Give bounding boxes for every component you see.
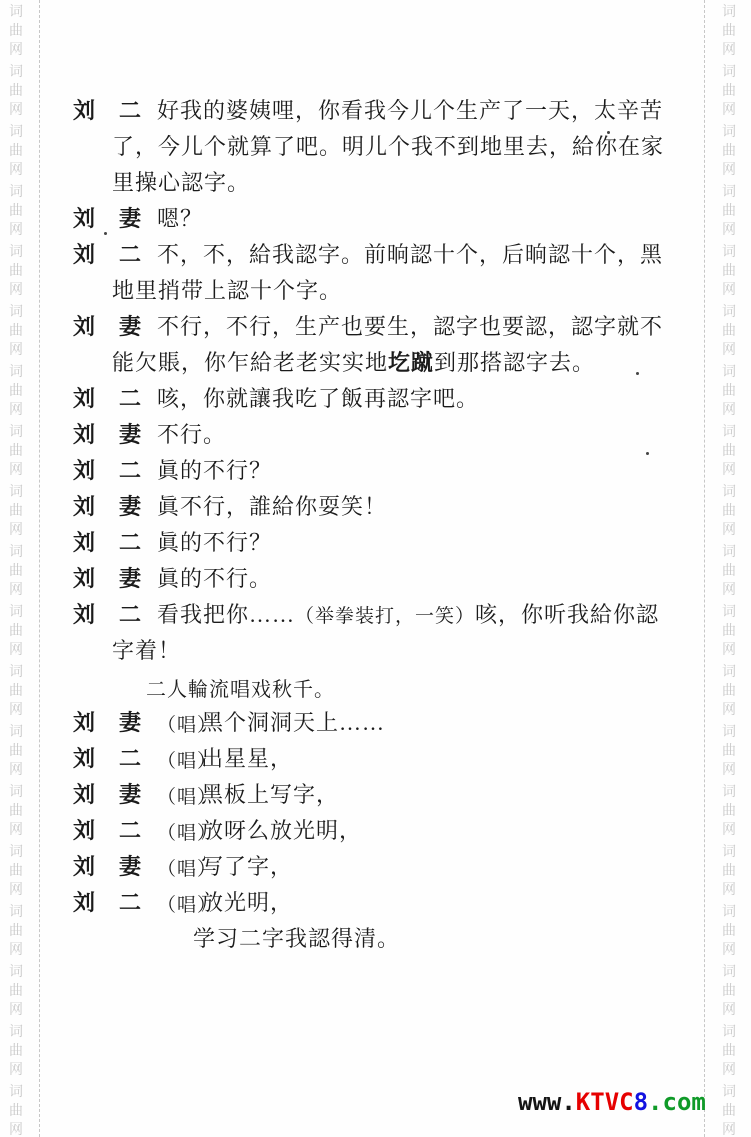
script-line: 里操心認字。 (0, 168, 751, 204)
side-watermark-char: 词 (720, 63, 738, 82)
side-watermark-char: 网 (720, 1001, 738, 1020)
script-line: 学习二字我認得清。 (0, 924, 751, 960)
text-segment: 黑板上写字， (201, 782, 339, 807)
script-body: 刘二好我的婆姨哩，你看我今儿个生产了一天，太辛苦了，今儿个就算了吧。明儿个我不到… (0, 96, 751, 960)
script-line: 刘妻（唱）写了字， (0, 852, 751, 888)
line-text: 能欠賬，你乍給老老实实地圪蹴到那搭認字去。 (112, 348, 595, 378)
side-watermark-char: 词 (7, 963, 25, 982)
side-watermark-char: 曲 (7, 22, 25, 41)
script-line: 刘妻眞不行，誰給你耍笑！ (0, 492, 751, 528)
line-text: 好我的婆姨哩，你看我今儿个生产了一天，太辛苦 (157, 96, 663, 126)
text-segment: 不行。 (157, 422, 226, 447)
side-watermark-char: 网 (720, 1121, 738, 1137)
text-segment: 看我把你…… (157, 602, 295, 627)
text-segment: （举拳装打，一笑） (295, 606, 475, 627)
speaker-label: 刘 (73, 420, 96, 450)
line-text: 眞的不行。 (157, 564, 272, 594)
text-segment: 写了字， (201, 854, 293, 879)
role-label: 妻 (119, 564, 142, 594)
side-watermark-char: 网 (7, 1001, 25, 1020)
speaker-label: 刘 (73, 492, 96, 522)
text-segment: 圪蹴 (388, 350, 434, 375)
text-segment: 出星星， (201, 746, 293, 771)
site-watermark-part: www. (518, 1088, 576, 1116)
role-label: 妻 (119, 420, 142, 450)
script-line: 刘妻眞的不行。 (0, 564, 751, 600)
speaker-label: 刘 (73, 528, 96, 558)
text-segment: 嗯？ (157, 206, 203, 231)
side-watermark-char: 曲 (7, 1102, 25, 1121)
side-watermark-group: 词曲网 (7, 963, 25, 1023)
script-line: 刘妻不行，不行，生产也要生，認字也要認，認字就不 (0, 312, 751, 348)
script-line: 刘二眞的不行？ (0, 528, 751, 564)
script-line: 刘二好我的婆姨哩，你看我今儿个生产了一天，太辛苦 (0, 96, 751, 132)
side-watermark-char: 网 (720, 41, 738, 60)
role-label: 二 (119, 600, 142, 630)
line-text: 嗯？ (157, 204, 203, 234)
text-segment: 好我的婆姨哩，你看我今儿个生产了一天，太辛苦 (157, 98, 663, 123)
role-label: 二 (119, 240, 142, 270)
role-label: 二 (119, 528, 142, 558)
script-line: 刘妻（唱）黑个洞洞天上…… (0, 708, 751, 744)
scanned-page: 词曲网词曲网词曲网词曲网词曲网词曲网词曲网词曲网词曲网词曲网词曲网词曲网词曲网词… (0, 0, 751, 1137)
role-label: 妻 (119, 492, 142, 522)
text-segment: 咳，你就讓我吃了飯再認字吧。 (157, 386, 479, 411)
script-line: 刘二看我把你……（举拳装打，一笑）咳，你听我給你認 (0, 600, 751, 636)
script-line: 刘二（唱）放呀么放光明， (0, 816, 751, 852)
line-text: 咳，你就讓我吃了飯再認字吧。 (157, 384, 479, 414)
script-line: 了，今儿个就算了吧。明儿个我不到地里去，給你在家 (0, 132, 751, 168)
scan-speck (607, 131, 610, 134)
side-watermark-char: 曲 (720, 22, 738, 41)
text-segment: 眞的不行。 (157, 566, 272, 591)
role-label: 二 (119, 816, 142, 846)
speaker-label: 刘 (73, 240, 96, 270)
side-watermark-group: 词曲网 (7, 1083, 25, 1137)
side-watermark-char: 网 (7, 41, 25, 60)
side-watermark-char: 词 (720, 1083, 738, 1102)
script-line: 刘二不，不，給我認字。前晌認十个，后晌認十个，黑 (0, 240, 751, 276)
line-text: 字着！ (112, 636, 181, 666)
site-watermark-part: .com (648, 1088, 706, 1116)
role-label: 妻 (119, 780, 142, 810)
speaker-label: 刘 (73, 312, 96, 342)
line-text: 了，今儿个就算了吧。明儿个我不到地里去，給你在家 (112, 132, 664, 162)
role-label: 二 (119, 456, 142, 486)
text-segment: 到那搭認字去。 (434, 350, 595, 375)
role-label: 二 (119, 96, 142, 126)
side-watermark-char: 网 (720, 1061, 738, 1080)
side-watermark-char: 词 (7, 63, 25, 82)
side-watermark-char: 词 (7, 3, 25, 22)
scan-speck (104, 232, 107, 235)
side-watermark-char: 词 (720, 963, 738, 982)
speaker-label: 刘 (73, 780, 96, 810)
line-text: 眞的不行？ (157, 456, 272, 486)
side-watermark-char: 曲 (720, 1042, 738, 1061)
speaker-label: 刘 (73, 456, 96, 486)
side-watermark-char: 曲 (7, 982, 25, 1001)
side-watermark-char: 网 (7, 1061, 25, 1080)
speaker-label: 刘 (73, 204, 96, 234)
line-text: 写了字， (201, 852, 293, 882)
side-watermark-group: 词曲网 (720, 963, 738, 1023)
role-label: 妻 (119, 708, 142, 738)
side-watermark-char: 网 (7, 1121, 25, 1137)
text-segment: 二人輪流唱戏秋千。 (146, 679, 335, 701)
role-label: 妻 (119, 312, 142, 342)
line-text: 出星星， (201, 744, 293, 774)
line-text: 不行，不行，生产也要生，認字也要認，認字就不 (157, 312, 663, 342)
line-text: 看我把你……（举拳装打，一笑）咳，你听我給你認 (157, 600, 659, 632)
line-text: 不行。 (157, 420, 226, 450)
side-watermark-group: 词曲网 (720, 1023, 738, 1083)
script-line: 刘妻（唱）黑板上写字， (0, 780, 751, 816)
line-text: 眞不行，誰給你耍笑！ (157, 492, 387, 522)
side-watermark-group: 词曲网 (7, 3, 25, 63)
side-watermark-char: 词 (720, 3, 738, 22)
site-watermark-part: 8 (634, 1088, 648, 1116)
script-line: 刘二眞的不行？ (0, 456, 751, 492)
role-label: 二 (119, 744, 142, 774)
line-text: 不，不，給我認字。前晌認十个，后晌認十个，黑 (157, 240, 663, 270)
text-segment: 了，今儿个就算了吧。明儿个我不到地里去，給你在家 (112, 134, 664, 159)
line-text: 里操心認字。 (112, 168, 250, 198)
side-watermark-group: 词曲网 (720, 1083, 738, 1137)
speaker-label: 刘 (73, 600, 96, 630)
side-watermark-group: 词曲网 (7, 1023, 25, 1083)
line-text: 眞的不行？ (157, 528, 272, 558)
text-segment: 不行，不行，生产也要生，認字也要認，認字就不 (157, 314, 663, 339)
line-text: 黑个洞洞天上…… (201, 708, 385, 738)
line-text: 放光明， (201, 888, 293, 918)
script-line: 刘二（唱）出星星， (0, 744, 751, 780)
side-watermark-char: 曲 (720, 982, 738, 1001)
role-label: 妻 (119, 204, 142, 234)
site-watermark: www.KTVC8.com (518, 1088, 706, 1116)
side-watermark-char: 词 (720, 1023, 738, 1042)
side-watermark-char: 曲 (720, 1102, 738, 1121)
speaker-label: 刘 (73, 852, 96, 882)
line-text: 地里捎带上認十个字。 (112, 276, 342, 306)
side-watermark-char: 曲 (7, 1042, 25, 1061)
scan-speck (646, 452, 649, 455)
text-segment: 放光明， (201, 890, 293, 915)
text-segment: 眞不行，誰給你耍笑！ (157, 494, 387, 519)
role-label: 妻 (119, 852, 142, 882)
script-line: 刘二（唱）放光明， (0, 888, 751, 924)
side-watermark-char: 词 (7, 1023, 25, 1042)
speaker-label: 刘 (73, 384, 96, 414)
speaker-label: 刘 (73, 564, 96, 594)
script-line: 地里捎带上認十个字。 (0, 276, 751, 312)
text-segment: 地里捎带上認十个字。 (112, 278, 342, 303)
speaker-label: 刘 (73, 708, 96, 738)
text-segment: 眞的不行？ (157, 458, 272, 483)
script-line: 刘妻嗯？ (0, 204, 751, 240)
script-line: 刘妻不行。 (0, 420, 751, 456)
text-segment: 字着！ (112, 638, 181, 663)
line-text: 放呀么放光明， (201, 816, 362, 846)
side-watermark-group: 词曲网 (720, 3, 738, 63)
speaker-label: 刘 (73, 888, 96, 918)
line-text: 黑板上写字， (201, 780, 339, 810)
text-segment: 不，不，給我認字。前晌認十个，后晌認十个，黑 (157, 242, 663, 267)
script-line: 刘二咳，你就讓我吃了飯再認字吧。 (0, 384, 751, 420)
script-line: 字着！ (0, 636, 751, 672)
line-text: 学习二字我認得清。 (193, 924, 400, 954)
script-line: 能欠賬，你乍給老老实实地圪蹴到那搭認字去。 (0, 348, 751, 384)
speaker-label: 刘 (73, 96, 96, 126)
role-label: 二 (119, 888, 142, 918)
text-segment: 里操心認字。 (112, 170, 250, 195)
text-segment: 学习二字我認得清。 (193, 926, 400, 951)
text-segment: 眞的不行？ (157, 530, 272, 555)
text-segment: 黑个洞洞天上…… (201, 710, 385, 735)
line-text: 二人輪流唱戏秋千。 (146, 675, 335, 705)
speaker-label: 刘 (73, 816, 96, 846)
text-segment: 能欠賬，你乍給老老实实地 (112, 350, 388, 375)
text-segment: 放呀么放光明， (201, 818, 362, 843)
side-watermark-char: 词 (7, 1083, 25, 1102)
site-watermark-part: KTVC (576, 1088, 634, 1116)
scan-speck (636, 372, 639, 375)
text-segment: 咳，你听我給你認 (475, 602, 659, 627)
script-line: 二人輪流唱戏秋千。 (0, 672, 751, 708)
speaker-label: 刘 (73, 744, 96, 774)
role-label: 二 (119, 384, 142, 414)
